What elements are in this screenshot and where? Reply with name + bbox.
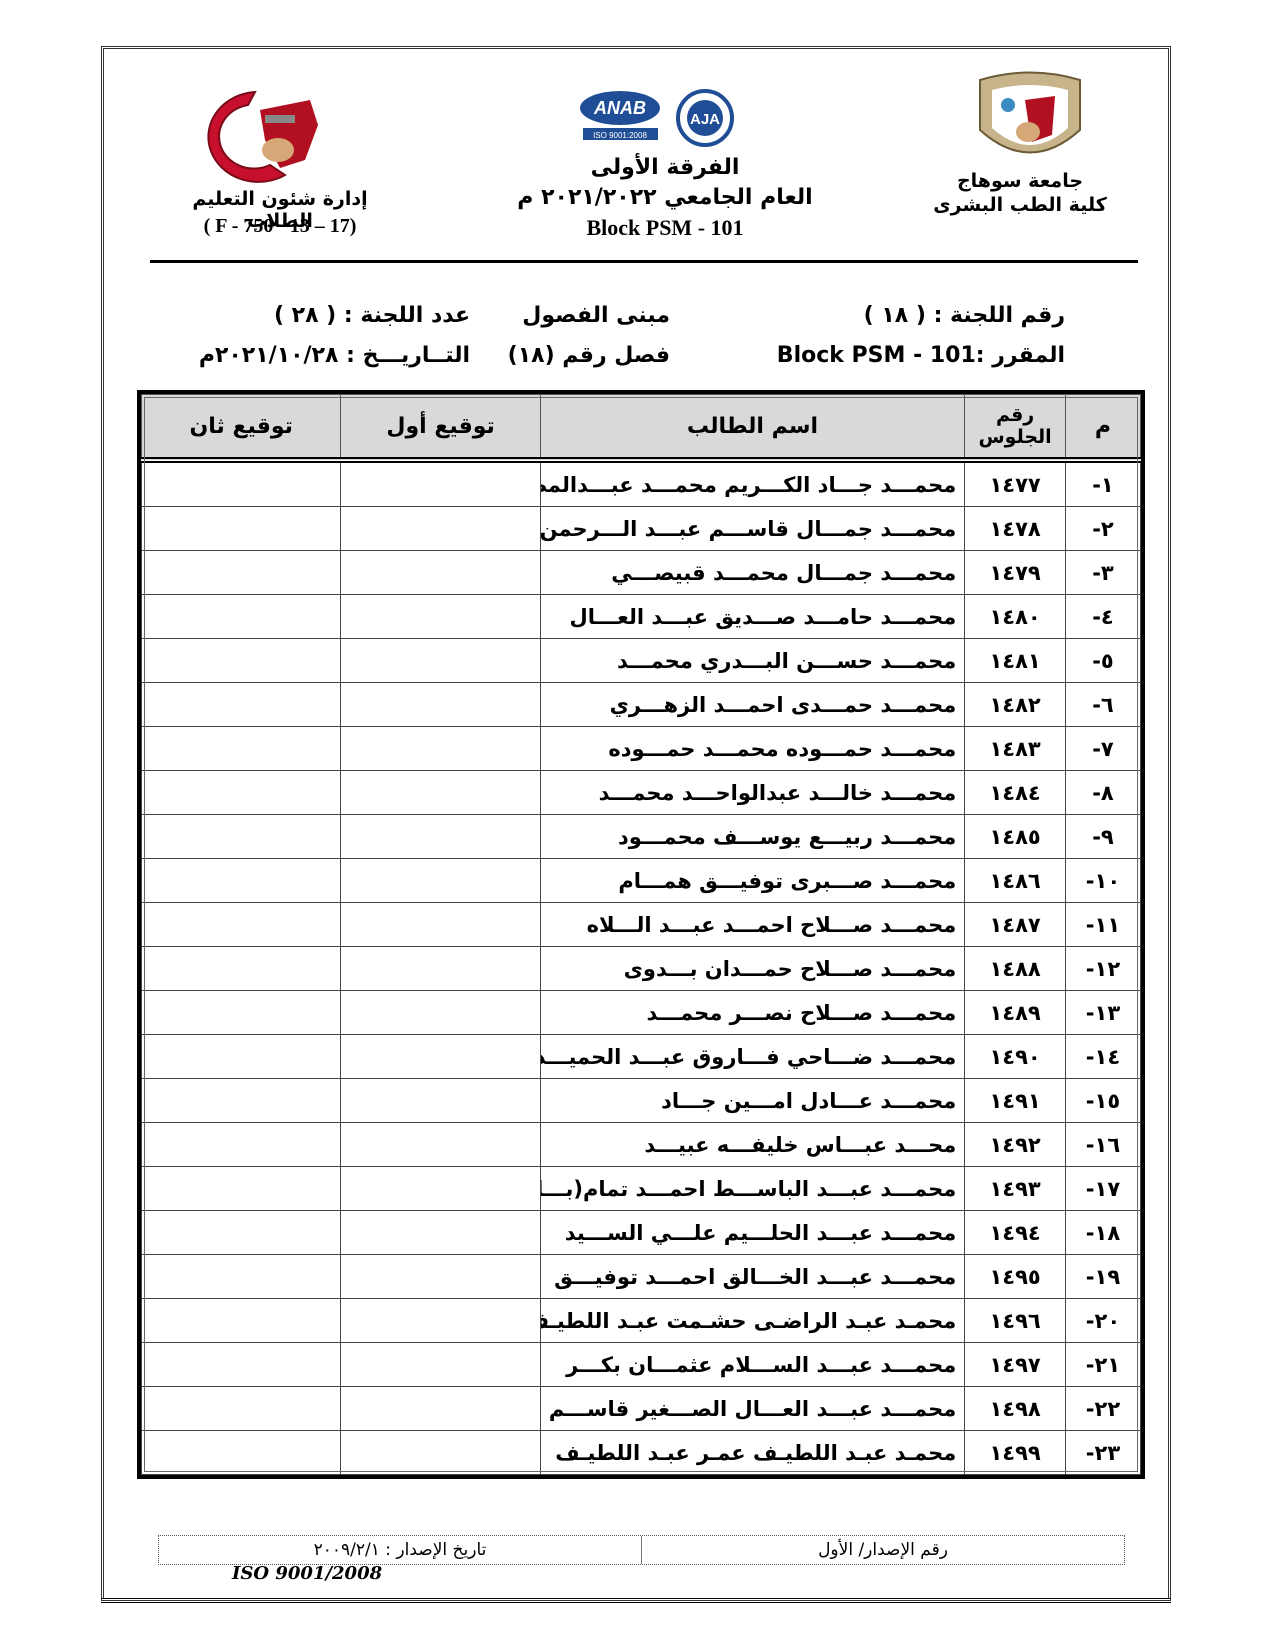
- student-name: محمـــد جمـــال محمـــد قبيصـــي: [540, 551, 964, 595]
- student-name: محمـــد خالـــد عبدالواحـــد محمـــد: [540, 771, 964, 815]
- signature-1-cell[interactable]: [341, 727, 540, 771]
- signature-2-cell[interactable]: [142, 903, 341, 947]
- seat-number: ١٤٩٦: [965, 1299, 1066, 1343]
- row-number: ١-: [1065, 460, 1140, 507]
- building-name: مبنى الفصول: [522, 303, 670, 328]
- course-code: المقرر :Block PSM - 101: [777, 343, 1065, 368]
- table-row: ١٧-١٤٩٣محمـــد عبـــد الباســـط احمـــد …: [142, 1167, 1141, 1211]
- university-emblem: [970, 70, 1090, 175]
- table-row: ٢٣-١٤٩٩محمـد عبـد اللطيـف عمـر عبـد اللط…: [142, 1431, 1141, 1475]
- row-number: ٢٢-: [1065, 1387, 1140, 1431]
- row-number: ٢١-: [1065, 1343, 1140, 1387]
- row-number: ١٧-: [1065, 1167, 1140, 1211]
- signature-2-cell[interactable]: [142, 771, 341, 815]
- header-divider: [150, 260, 1138, 263]
- seat-number: ١٤٩٨: [965, 1387, 1066, 1431]
- table-row: ١٠-١٤٨٦محمـــد صـــبرى توفيـــق همـــام: [142, 859, 1141, 903]
- seat-number: ١٤٩٠: [965, 1035, 1066, 1079]
- row-number: ١٨-: [1065, 1211, 1140, 1255]
- table-row: ١١-١٤٨٧محمـــد صـــلاح احمـــد عبـــد ال…: [142, 903, 1141, 947]
- col-header-number: م: [1065, 395, 1140, 461]
- signature-2-cell[interactable]: [142, 991, 341, 1035]
- seat-number: ١٤٩٣: [965, 1167, 1066, 1211]
- col-header-signature-1: توقيع أول: [341, 395, 540, 461]
- academic-year: العام الجامعي ٢٠٢١/٢٠٢٢ م: [480, 185, 850, 210]
- year-level: الفرقة الأولى: [480, 155, 850, 180]
- signature-2-cell[interactable]: [142, 1211, 341, 1255]
- signature-2-cell[interactable]: [142, 551, 341, 595]
- seat-number: ١٤٩٢: [965, 1123, 1066, 1167]
- col-header-signature-2: توقيع ثان: [142, 395, 341, 461]
- signature-2-cell[interactable]: [142, 1079, 341, 1123]
- seat-number: ١٤٨٣: [965, 727, 1066, 771]
- seat-number: ١٤٨٦: [965, 859, 1066, 903]
- row-number: ٦-: [1065, 683, 1140, 727]
- row-number: ٨-: [1065, 771, 1140, 815]
- signature-1-cell[interactable]: [341, 1167, 540, 1211]
- row-number: ١١-: [1065, 903, 1140, 947]
- signature-2-cell[interactable]: [142, 1431, 341, 1475]
- signature-2-cell[interactable]: [142, 1255, 341, 1299]
- student-name: محمـــد صـــلاح حمـــدان بـــدوى: [540, 947, 964, 991]
- exam-date: التــاريـــخ : ٢٠٢١/١٠/٢٨م: [199, 343, 470, 368]
- table-row: ٥-١٤٨١محمـــد حســـن البـــدري محمـــد: [142, 639, 1141, 683]
- signature-2-cell[interactable]: [142, 639, 341, 683]
- seat-number: ١٤٨١: [965, 639, 1066, 683]
- table-row: ١٢-١٤٨٨محمـــد صـــلاح حمـــدان بـــدوى: [142, 947, 1141, 991]
- student-name: محمـــد عبـــد العـــال الصـــغير قاســـ…: [540, 1387, 964, 1431]
- signature-1-cell[interactable]: [341, 859, 540, 903]
- student-name: محمـــد صـــبرى توفيـــق همـــام: [540, 859, 964, 903]
- table-row: ١-١٤٧٧محمـــد جـــاد الكـــريم محمـــد ع…: [142, 460, 1141, 507]
- certification-logos: ANAB ISO 9001:2008 AJA: [575, 88, 755, 148]
- table-row: ٢٠-١٤٩٦محمـد عبـد الراضـى حشـمت عبـد الل…: [142, 1299, 1141, 1343]
- student-name: محمـــد عبـــد الســـلام عثمـــان بكـــر: [540, 1343, 964, 1387]
- student-name: محمـــد جمـــال قاســـم عبـــد الـــرحمن: [540, 507, 964, 551]
- issue-number: رقم الإصدار/ الأول: [642, 1536, 1124, 1564]
- row-number: ٣-: [1065, 551, 1140, 595]
- student-name: محمـــد عبـــد الخـــالق احمـــد توفيـــ…: [540, 1255, 964, 1299]
- table-row: ٧-١٤٨٣محمـــد حمـــوده محمـــد حمـــوده: [142, 727, 1141, 771]
- signature-2-cell[interactable]: [142, 507, 341, 551]
- signature-2-cell[interactable]: [142, 947, 341, 991]
- signature-1-cell[interactable]: [341, 947, 540, 991]
- seat-number: ١٤٩٧: [965, 1343, 1066, 1387]
- issue-date: تاريخ الإصدار : ٢٠٠٩/٢/١: [159, 1536, 642, 1564]
- table-row: ٣-١٤٧٩محمـــد جمـــال محمـــد قبيصـــي: [142, 551, 1141, 595]
- student-name: محمـــد صـــلاح احمـــد عبـــد الـــلاه: [540, 903, 964, 947]
- table-row: ١٦-١٤٩٢محـــد عبـــاس خليفـــه عبيـــد: [142, 1123, 1141, 1167]
- table-row: ١٤-١٤٩٠محمـــد ضـــاحي فـــاروق عبـــد ا…: [142, 1035, 1141, 1079]
- col-header-name: اسم الطالب: [540, 395, 964, 461]
- table-row: ١٩-١٤٩٥محمـــد عبـــد الخـــالق احمـــد …: [142, 1255, 1141, 1299]
- table-row: ٤-١٤٨٠محمـــد حامـــد صـــديق عبـــد الع…: [142, 595, 1141, 639]
- seat-number: ١٤٩٤: [965, 1211, 1066, 1255]
- row-number: ١٥-: [1065, 1079, 1140, 1123]
- signature-1-cell[interactable]: [341, 903, 540, 947]
- aja-icon: AJA: [690, 111, 720, 128]
- student-name: محمـــد حمـــدى احمـــد الزهـــري: [540, 683, 964, 727]
- university-name: جامعة سوهاج: [910, 170, 1130, 192]
- signature-1-cell[interactable]: [341, 991, 540, 1035]
- student-name: محمـد عبـد اللطيـف عمـر عبـد اللطيـف: [540, 1431, 964, 1475]
- table-row: ٨-١٤٨٤محمـــد خالـــد عبدالواحـــد محمــ…: [142, 771, 1141, 815]
- attendance-table: م رقم الجلوس اسم الطالب توقيع أول توقيع …: [137, 390, 1145, 1479]
- table-row: ١٨-١٤٩٤محمـــد عبـــد الحلـــيم علـــي ا…: [142, 1211, 1141, 1255]
- col-header-seat: رقم الجلوس: [965, 395, 1066, 461]
- signature-2-cell[interactable]: [142, 1299, 341, 1343]
- footer-issue-box: رقم الإصدار/ الأول تاريخ الإصدار : ٢٠٠٩/…: [158, 1535, 1125, 1565]
- signature-2-cell[interactable]: [142, 595, 341, 639]
- seat-number: ١٤٧٨: [965, 507, 1066, 551]
- seat-number: ١٤٨٢: [965, 683, 1066, 727]
- committee-count: عدد اللجنة : ( ٢٨ ): [274, 303, 470, 328]
- seat-number: ١٤٩٥: [965, 1255, 1066, 1299]
- block-title: Block PSM - 101: [480, 215, 850, 241]
- student-name: محمـــد عبـــد الباســـط احمـــد تمام(بـ…: [540, 1167, 964, 1211]
- student-name: محـــد عبـــاس خليفـــه عبيـــد: [540, 1123, 964, 1167]
- signature-2-cell[interactable]: [142, 460, 341, 507]
- student-name: محمـــد حمـــوده محمـــد حمـــوده: [540, 727, 964, 771]
- signature-1-cell[interactable]: [341, 1343, 540, 1387]
- table-row: ١٥-١٤٩١محمـــد عـــادل امـــين جـــاد: [142, 1079, 1141, 1123]
- student-name: محمـــد حســـن البـــدري محمـــد: [540, 639, 964, 683]
- signature-1-cell[interactable]: [341, 1431, 540, 1475]
- signature-1-cell[interactable]: [341, 507, 540, 551]
- student-name: محمـــد عـــادل امـــين جـــاد: [540, 1079, 964, 1123]
- signature-2-cell[interactable]: [142, 1035, 341, 1079]
- seat-number: ١٤٩٩: [965, 1431, 1066, 1475]
- row-number: ١٣-: [1065, 991, 1140, 1035]
- signature-2-cell[interactable]: [142, 1343, 341, 1387]
- seat-number: ١٤٨٨: [965, 947, 1066, 991]
- row-number: ٢٣-: [1065, 1431, 1140, 1475]
- student-name: محمـــد ربيـــع يوســـف محمـــود: [540, 815, 964, 859]
- signature-1-cell[interactable]: [341, 1035, 540, 1079]
- student-name: محمـد عبـد الراضـى حشـمت عبـد اللطيـف: [540, 1299, 964, 1343]
- row-number: ٩-: [1065, 815, 1140, 859]
- signature-1-cell[interactable]: [341, 1387, 540, 1431]
- seat-number: ١٤٨٥: [965, 815, 1066, 859]
- student-name: محمـــد صـــلاح نصـــر محمـــد: [540, 991, 964, 1035]
- signature-2-cell[interactable]: [142, 1387, 341, 1431]
- document-header: إدارة شئون التعليم الطلاب ( F - 750 −13 …: [150, 70, 1140, 260]
- signature-1-cell[interactable]: [341, 639, 540, 683]
- signature-1-cell[interactable]: [341, 551, 540, 595]
- row-number: ١٦-: [1065, 1123, 1140, 1167]
- signature-1-cell[interactable]: [341, 595, 540, 639]
- faculty-logo: [160, 80, 330, 185]
- iso-footer: ISO 9001/2008: [232, 1563, 382, 1584]
- row-number: ١٩-: [1065, 1255, 1140, 1299]
- table-row: ٢١-١٤٩٧محمـــد عبـــد الســـلام عثمـــان…: [142, 1343, 1141, 1387]
- row-number: ١٢-: [1065, 947, 1140, 991]
- seat-number: ١٤٨٧: [965, 903, 1066, 947]
- signature-1-cell[interactable]: [341, 1255, 540, 1299]
- row-number: ٢٠-: [1065, 1299, 1140, 1343]
- signature-2-cell[interactable]: [142, 727, 341, 771]
- classroom-number: فصل رقم (١٨): [508, 343, 670, 368]
- row-number: ٢-: [1065, 507, 1140, 551]
- table-row: ٢-١٤٧٨محمـــد جمـــال قاســـم عبـــد الـ…: [142, 507, 1141, 551]
- faculty-name: كلية الطب البشرى: [910, 194, 1130, 216]
- committee-number: رقم اللجنة : ( ١٨ ): [864, 303, 1065, 328]
- svg-text:ISO 9001:2008: ISO 9001:2008: [593, 131, 647, 140]
- table-row: ٢٢-١٤٩٨محمـــد عبـــد العـــال الصـــغير…: [142, 1387, 1141, 1431]
- seat-number: ١٤٨٩: [965, 991, 1066, 1035]
- signature-2-cell[interactable]: [142, 683, 341, 727]
- table-header-row: م رقم الجلوس اسم الطالب توقيع أول توقيع …: [142, 395, 1141, 461]
- student-name: محمـــد ضـــاحي فـــاروق عبـــد الحميـــ…: [540, 1035, 964, 1079]
- table-row: ٩-١٤٨٥محمـــد ربيـــع يوســـف محمـــود: [142, 815, 1141, 859]
- footer-divider: [101, 1598, 1171, 1603]
- row-number: ١٤-: [1065, 1035, 1140, 1079]
- student-name: محمـــد حامـــد صـــديق عبـــد العـــال: [540, 595, 964, 639]
- signature-1-cell[interactable]: [341, 1299, 540, 1343]
- signature-1-cell[interactable]: [341, 683, 540, 727]
- signature-2-cell[interactable]: [142, 1123, 341, 1167]
- signature-1-cell[interactable]: [341, 771, 540, 815]
- student-name: محمـــد جـــاد الكـــريم محمـــد عبـــدا…: [540, 460, 964, 507]
- seat-number: ١٤٧٩: [965, 551, 1066, 595]
- row-number: ٥-: [1065, 639, 1140, 683]
- signature-2-cell[interactable]: [142, 1167, 341, 1211]
- seat-number: ١٤٨٤: [965, 771, 1066, 815]
- signature-1-cell[interactable]: [341, 815, 540, 859]
- table-row: ١٣-١٤٨٩محمـــد صـــلاح نصـــر محمـــد: [142, 991, 1141, 1035]
- row-number: ٧-: [1065, 727, 1140, 771]
- seat-number: ١٤٩١: [965, 1079, 1066, 1123]
- anab-icon: ANAB: [593, 98, 646, 118]
- row-number: ٤-: [1065, 595, 1140, 639]
- form-code: ( F - 750 −13 – 17): [170, 215, 390, 238]
- seat-number: ١٤٧٧: [965, 460, 1066, 507]
- signature-1-cell[interactable]: [341, 1211, 540, 1255]
- seat-number: ١٤٨٠: [965, 595, 1066, 639]
- signature-2-cell[interactable]: [142, 859, 341, 903]
- student-name: محمـــد عبـــد الحلـــيم علـــي الســـيد: [540, 1211, 964, 1255]
- table-row: ٦-١٤٨٢محمـــد حمـــدى احمـــد الزهـــري: [142, 683, 1141, 727]
- signature-1-cell[interactable]: [341, 1123, 540, 1167]
- row-number: ١٠-: [1065, 859, 1140, 903]
- signature-1-cell[interactable]: [341, 460, 540, 507]
- signature-1-cell[interactable]: [341, 1079, 540, 1123]
- signature-2-cell[interactable]: [142, 815, 341, 859]
